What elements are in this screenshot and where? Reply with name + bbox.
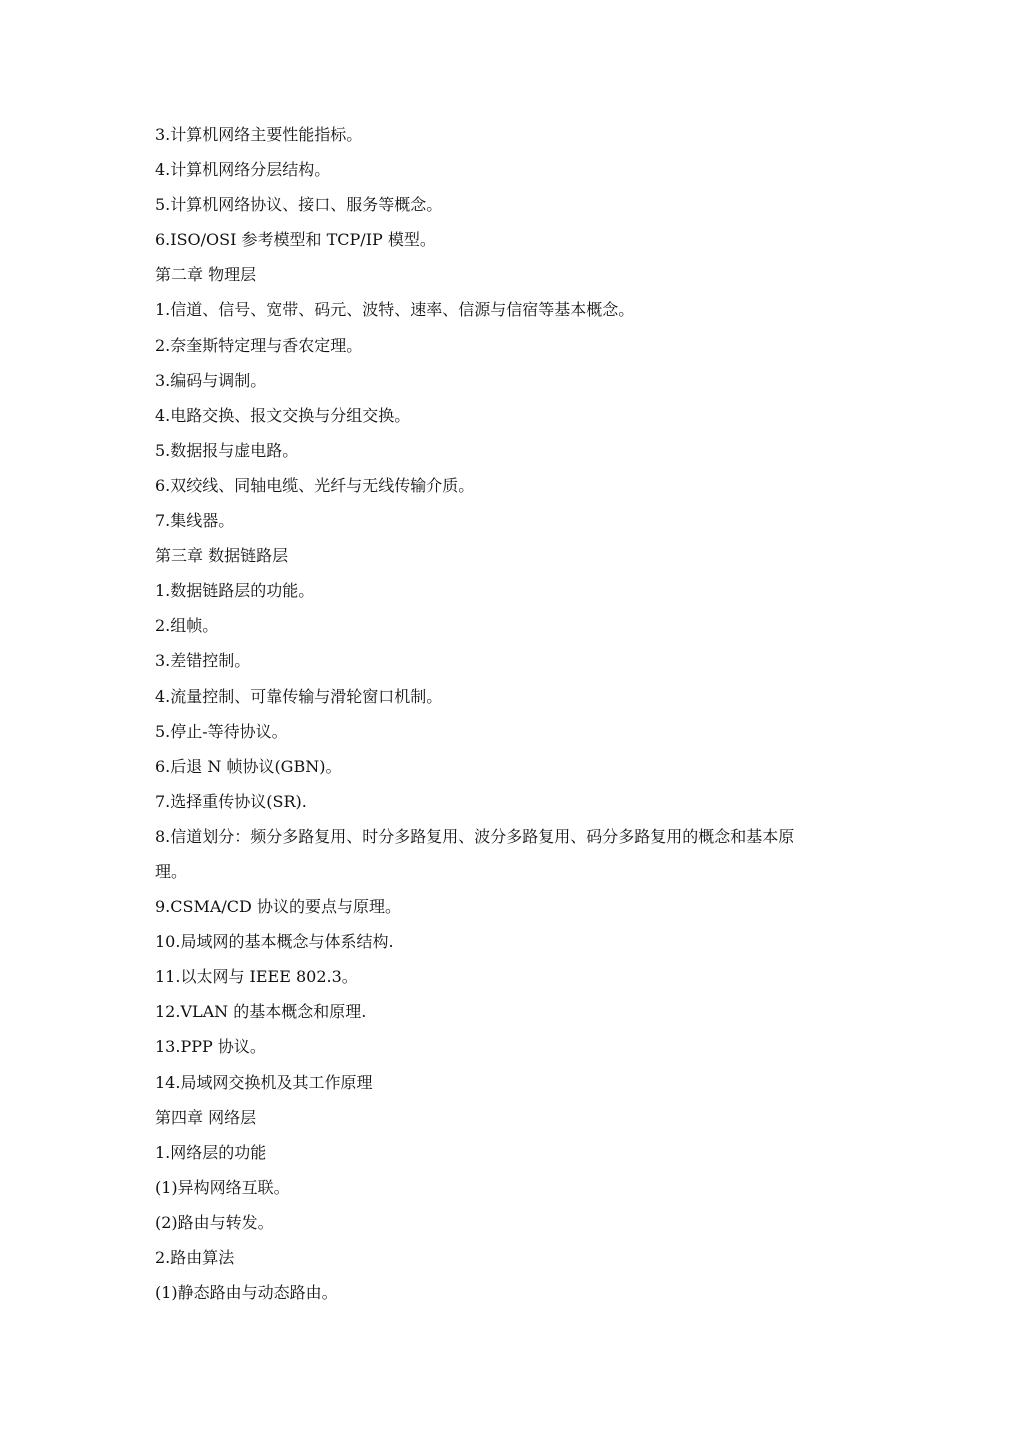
list-item: 10.局域网的基本概念与体系结构.	[155, 929, 885, 964]
list-item: 1.网络层的功能	[155, 1140, 885, 1175]
list-item: 7.选择重传协议(SR).	[155, 789, 885, 824]
list-item: 3.计算机网络主要性能指标。	[155, 122, 885, 157]
list-item: (1)异构网络互联。	[155, 1175, 885, 1210]
chapter-heading: 第三章 数据链路层	[155, 543, 885, 578]
list-item: (2)路由与转发。	[155, 1210, 885, 1245]
list-item: 2.组帧。	[155, 613, 885, 648]
list-item: 6.双绞线、同轴电缆、光纤与无线传输介质。	[155, 473, 885, 508]
document-page: 3.计算机网络主要性能指标。 4.计算机网络分层结构。 5.计算机网络协议、接口…	[155, 122, 885, 1315]
list-item: 3.编码与调制。	[155, 368, 885, 403]
list-item: 1.信道、信号、宽带、码元、波特、速率、信源与信宿等基本概念。	[155, 297, 885, 332]
chapter-heading: 第四章 网络层	[155, 1105, 885, 1140]
list-item: 11.以太网与 IEEE 802.3。	[155, 964, 885, 999]
list-item: 5.计算机网络协议、接口、服务等概念。	[155, 192, 885, 227]
list-item: 1.数据链路层的功能。	[155, 578, 885, 613]
list-item: (1)静态路由与动态路由。	[155, 1280, 885, 1315]
list-item: 12.VLAN 的基本概念和原理.	[155, 999, 885, 1034]
list-item: 5.数据报与虚电路。	[155, 438, 885, 473]
chapter-heading: 第二章 物理层	[155, 262, 885, 297]
list-item: 8.信道划分：频分多路复用、时分多路复用、波分多路复用、码分多路复用的概念和基本…	[155, 824, 885, 859]
list-item: 理。	[155, 859, 885, 894]
list-item: 9.CSMA/CD 协议的要点与原理。	[155, 894, 885, 929]
list-item: 6.后退 N 帧协议(GBN)。	[155, 754, 885, 789]
list-item: 2.路由算法	[155, 1245, 885, 1280]
list-item: 2.奈奎斯特定理与香农定理。	[155, 333, 885, 368]
list-item: 3.差错控制。	[155, 648, 885, 683]
list-item: 13.PPP 协议。	[155, 1034, 885, 1069]
list-item: 6.ISO/OSI 参考模型和 TCP/IP 模型。	[155, 227, 885, 262]
list-item: 4.流量控制、可靠传输与滑轮窗口机制。	[155, 684, 885, 719]
list-item: 4.计算机网络分层结构。	[155, 157, 885, 192]
list-item: 4.电路交换、报文交换与分组交换。	[155, 403, 885, 438]
list-item: 7.集线器。	[155, 508, 885, 543]
list-item: 14.局域网交换机及其工作原理	[155, 1070, 885, 1105]
list-item: 5.停止-等待协议。	[155, 719, 885, 754]
